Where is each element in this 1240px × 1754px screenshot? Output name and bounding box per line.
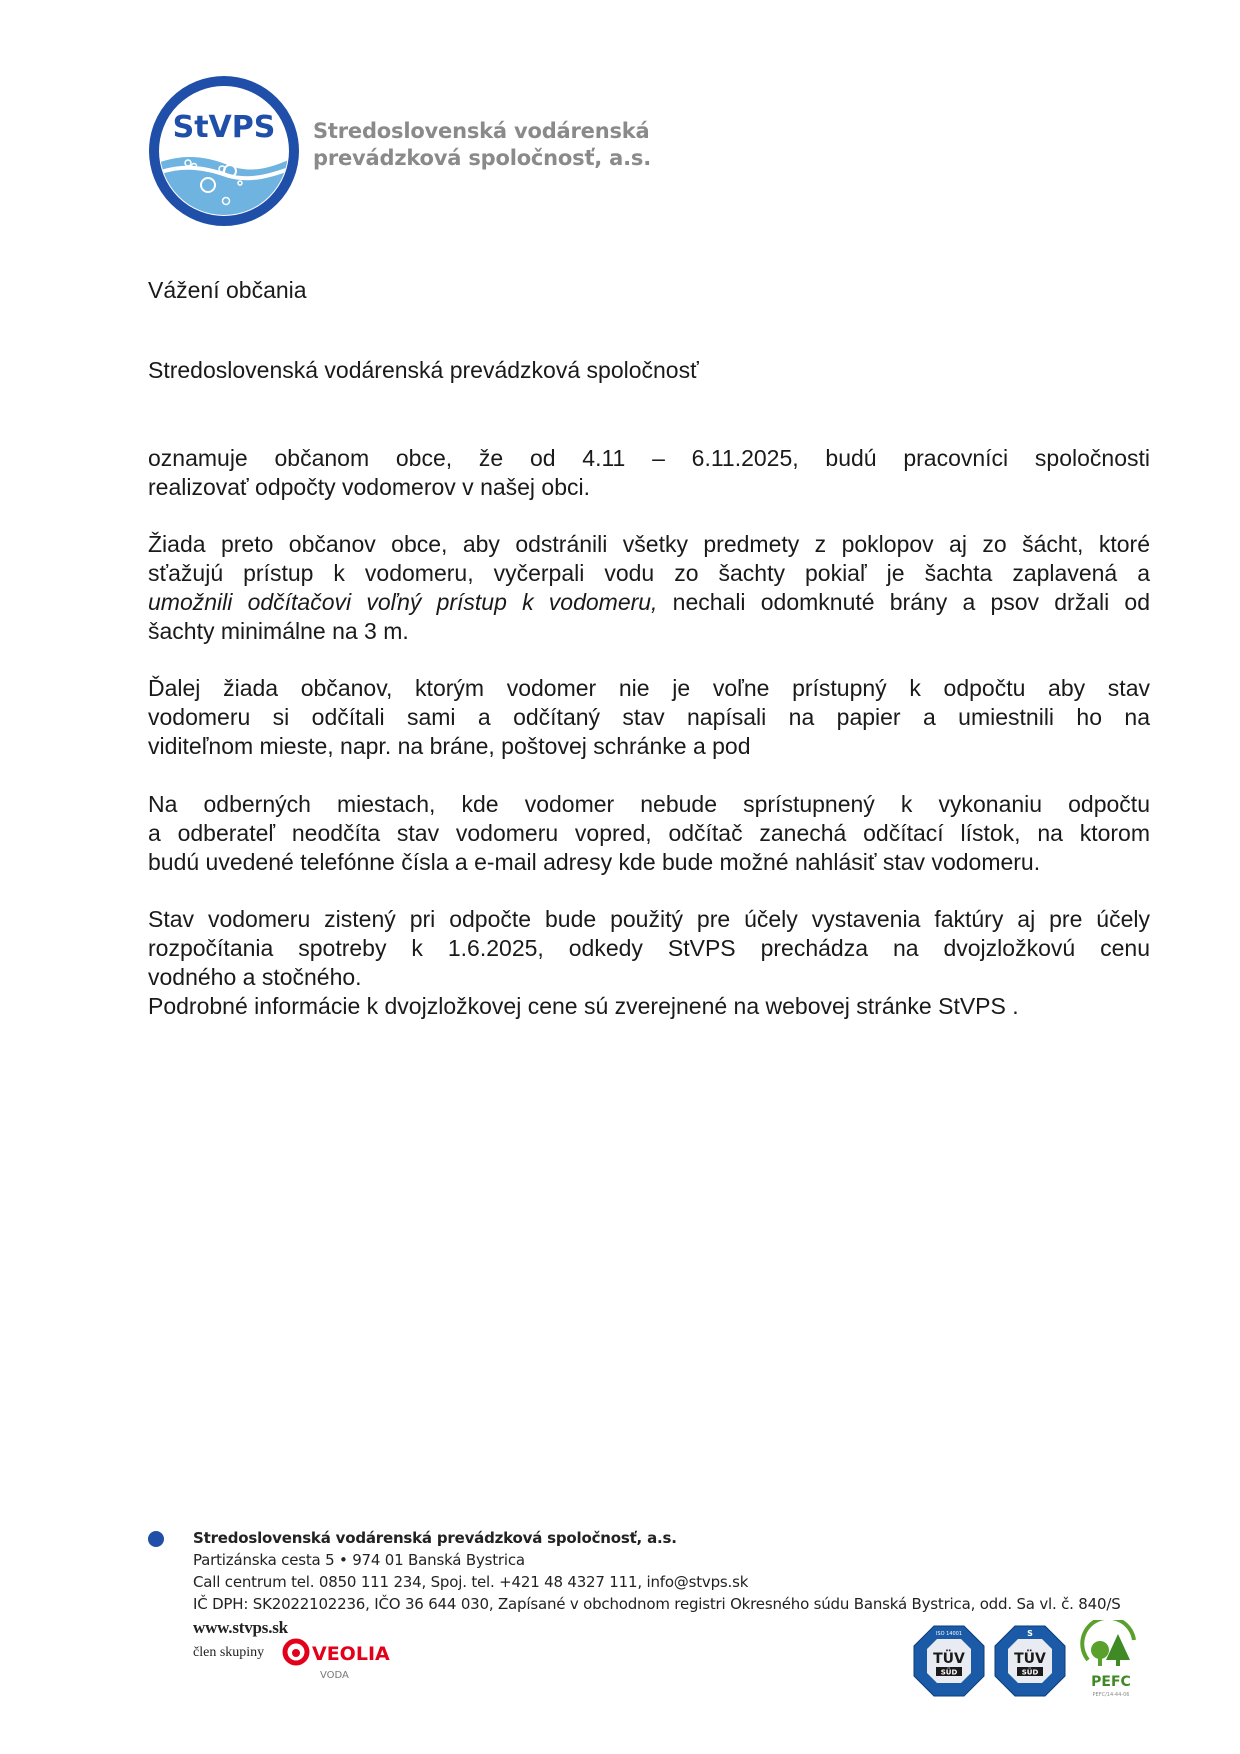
tuv-s-certificate-icon: S TÜV SÜD bbox=[994, 1625, 1066, 1697]
footer-bullet-icon bbox=[148, 1531, 164, 1547]
paragraph-announcement: oznamuje občanom obce, že od 4.11 – 6.11… bbox=[148, 444, 1150, 502]
svg-text:S: S bbox=[1027, 1629, 1033, 1638]
svg-text:VODA: VODA bbox=[320, 1670, 349, 1681]
veolia-logo: VEOLIA VODA bbox=[282, 1636, 402, 1682]
member-of-group-label: člen skupiny bbox=[193, 1645, 264, 1661]
tuv-iso-certificate-icon: ISO 14001 TÜV SÜD bbox=[913, 1625, 985, 1697]
stvps-logo: StVPS bbox=[148, 75, 300, 227]
svg-text:PEFC/14-44-06: PEFC/14-44-06 bbox=[1093, 1692, 1130, 1698]
paragraph-request: Žiada preto občanov obce, aby odstránili… bbox=[148, 530, 1150, 646]
footer-company: Stredoslovenská vodárenská prevádzková s… bbox=[193, 1527, 677, 1549]
footer-contact: Call centrum tel. 0850 111 234, Spoj. te… bbox=[193, 1571, 748, 1593]
footer-address: Partizánska cesta 5 • 974 01 Banská Byst… bbox=[193, 1549, 525, 1571]
svg-text:StVPS: StVPS bbox=[173, 110, 276, 145]
svg-text:TÜV: TÜV bbox=[1014, 1649, 1046, 1667]
svg-text:TÜV: TÜV bbox=[933, 1649, 965, 1667]
footer-website-link[interactable]: www.stvps.sk bbox=[193, 1617, 288, 1639]
salutation: Vážení občania bbox=[148, 276, 1150, 305]
company-name-line1: Stredoslovenská vodárenská bbox=[313, 118, 651, 145]
svg-text:SÜD: SÜD bbox=[941, 1668, 958, 1677]
paragraph-billing: Stav vodomeru zistený pri odpočte bude p… bbox=[148, 905, 1150, 1021]
company-name-line2: prevádzková spoločnosť, a.s. bbox=[313, 145, 651, 172]
svg-text:SÜD: SÜD bbox=[1022, 1668, 1039, 1677]
svg-text:ISO 14001: ISO 14001 bbox=[936, 1631, 962, 1637]
svg-text:PEFC: PEFC bbox=[1091, 1674, 1131, 1690]
paragraph-self-reading: Ďalej žiada občanov, ktorým vodomer nie … bbox=[148, 674, 1150, 761]
svg-text:VEOLIA: VEOLIA bbox=[312, 1643, 390, 1665]
pefc-certificate-icon: PEFC PEFC/14-44-06 bbox=[1078, 1620, 1144, 1704]
footer-registry: IČ DPH: SK2022102236, IČO 36 644 030, Za… bbox=[193, 1593, 1121, 1615]
company-name: Stredoslovenská vodárenská prevádzková s… bbox=[313, 118, 651, 172]
paragraph-reading-slip: Na odberných miestach, kde vodomer nebud… bbox=[148, 790, 1150, 877]
sender-heading: Stredoslovenská vodárenská prevádzková s… bbox=[148, 356, 1150, 385]
italic-phrase: umožnili odčítačovi voľný prístup k vodo… bbox=[148, 589, 657, 615]
